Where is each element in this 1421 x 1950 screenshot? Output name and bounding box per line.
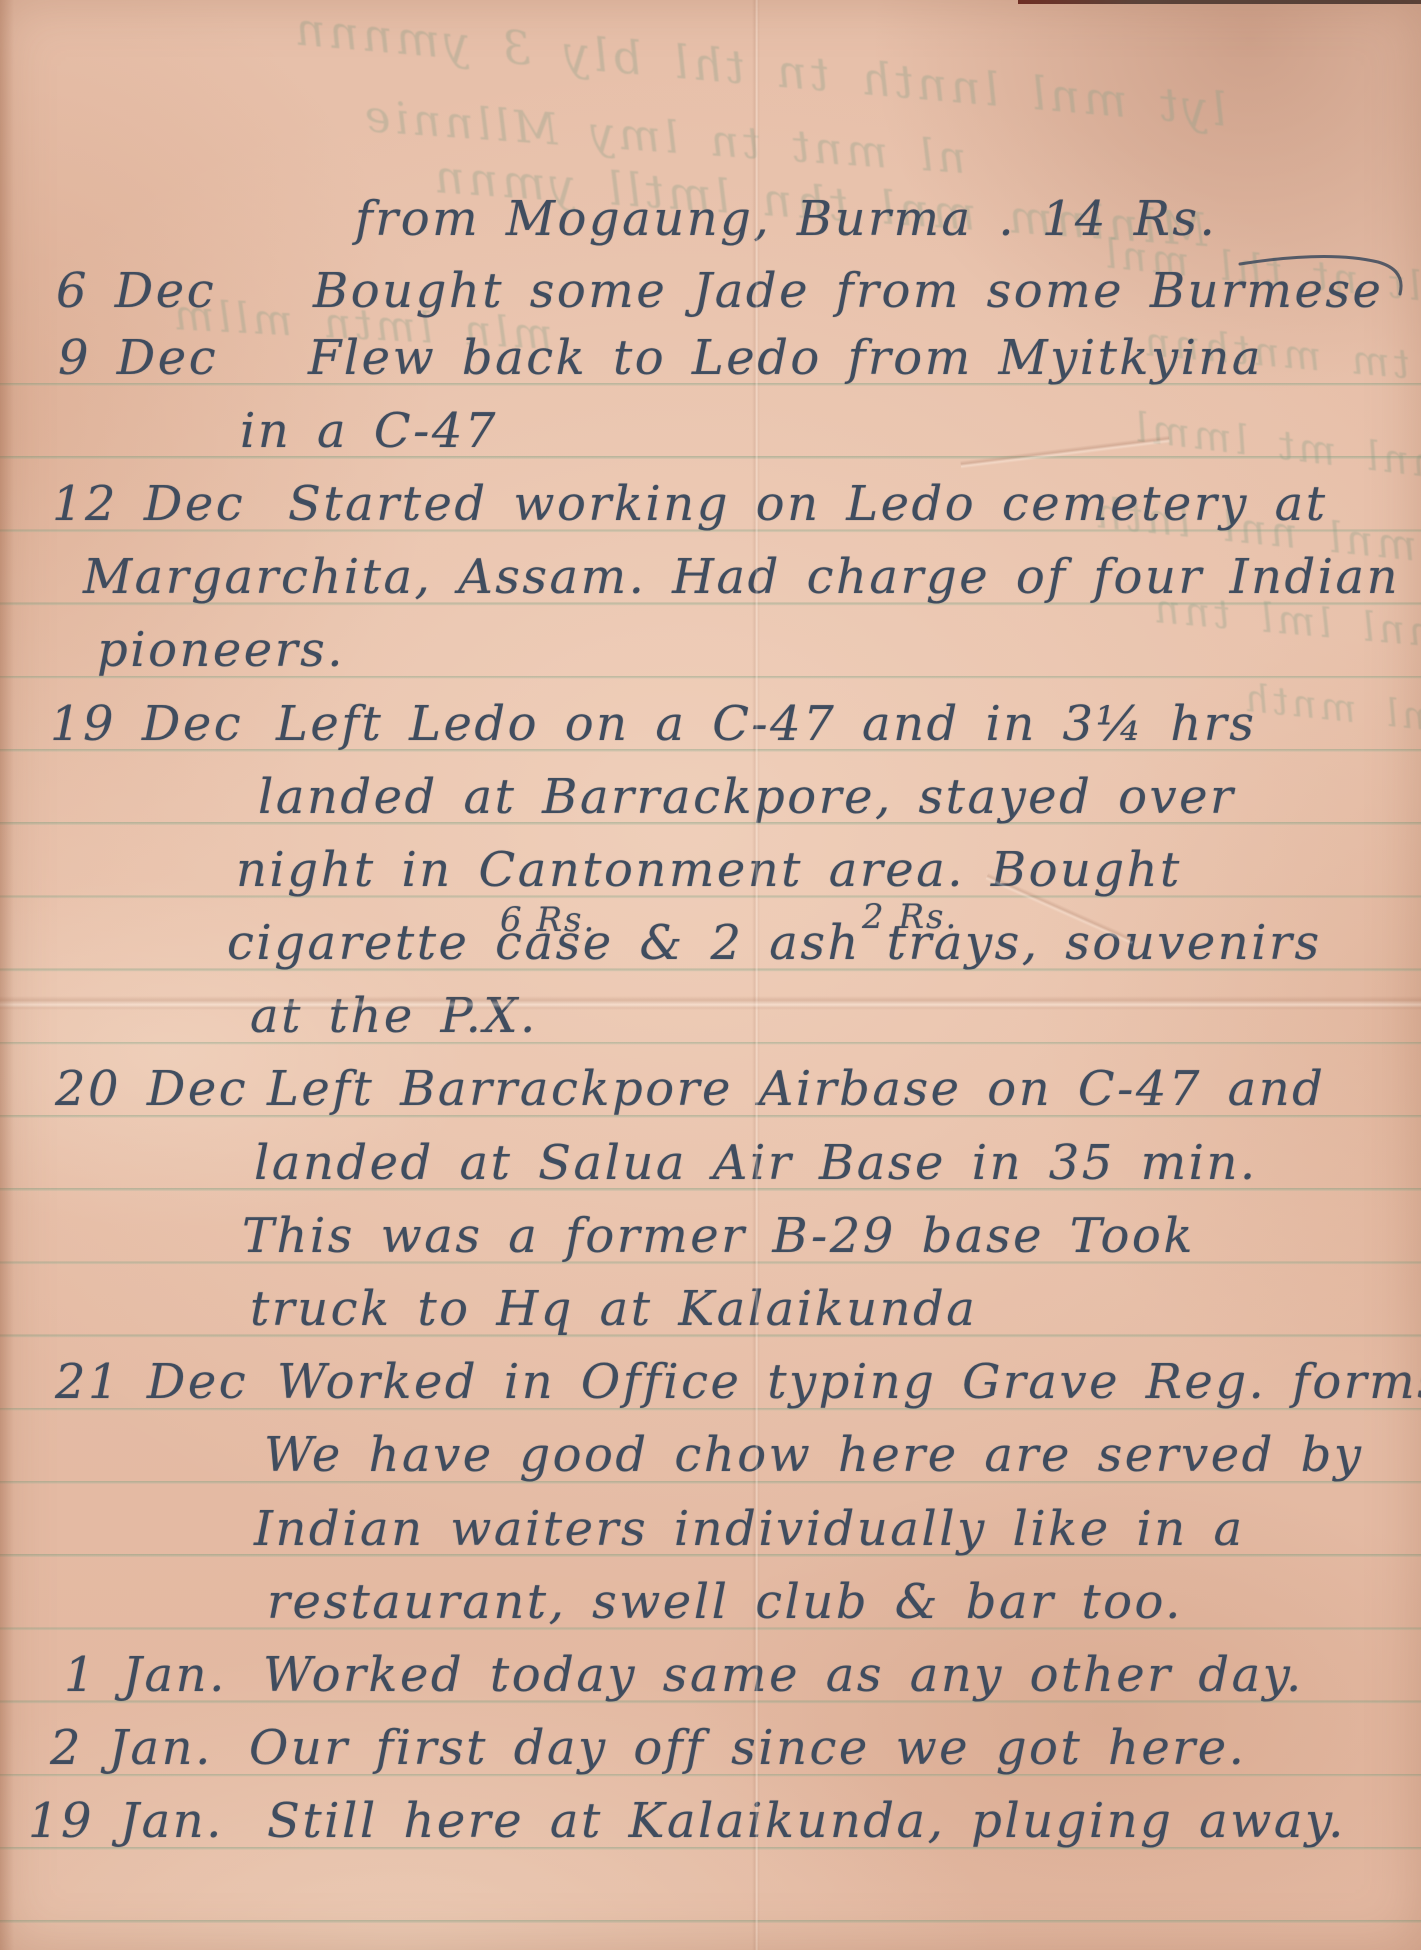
- entry-text: Flew back to Ledo from Myitkyina: [308, 325, 1263, 391]
- entry-text: Left Barrackpore Airbase on C-47 and: [267, 1056, 1325, 1122]
- entry-text: This was a former B-29 base Took: [242, 1203, 1195, 1269]
- entry-text: Bought some Jade from some Burmese: [313, 258, 1383, 324]
- entry-text: restaurant, swell club & bar too.: [267, 1569, 1183, 1635]
- entry-date: 12 Dec: [52, 471, 245, 537]
- entry-date: 1 Jan.: [64, 1642, 227, 1708]
- entry-date: 19 Dec: [50, 691, 243, 757]
- entry-date: 20 Dec: [55, 1056, 248, 1122]
- entry-text: We have good chow here are served by: [264, 1422, 1363, 1488]
- entry-date: 21 Dec: [55, 1349, 248, 1415]
- entry-text: cigarette case & 2 ash trays, souvenirs: [227, 910, 1322, 976]
- scan-edge-strip: [1018, 0, 1421, 4]
- entry-date: 9 Dec: [58, 325, 218, 391]
- entry-text: from Mogaung, Burma . 14 Rs.: [355, 186, 1217, 252]
- entry-text: Worked in Office typing Grave Reg. forms…: [277, 1349, 1421, 1415]
- entry-text: in a C-47: [240, 398, 498, 464]
- paper-edge-shading: [0, 0, 14, 1950]
- entry-text: Indian waiters individually like in a: [254, 1496, 1245, 1562]
- fold-crease-vertical: [752, 0, 760, 1950]
- pen-flourish-stroke: [1238, 248, 1418, 298]
- entry-text: pioneers.: [97, 617, 345, 683]
- fold-crease-horizontal: [0, 996, 1421, 1010]
- entry-text: Started working on Ledo cemetery at: [288, 471, 1328, 537]
- entry-date: 6 Dec: [56, 258, 216, 324]
- entry-text: Left Ledo on a C-47 and in 3¼ hrs: [276, 691, 1256, 757]
- entry-date: 19 Jan.: [28, 1788, 224, 1854]
- entry-text: truck to Hq at Kalaikunda: [250, 1276, 977, 1342]
- entry-date: 2 Jan.: [50, 1715, 213, 1781]
- entry-text: Our first day off since we got here.: [249, 1715, 1246, 1781]
- entry-text: at the P.X.: [250, 983, 538, 1049]
- entry-text: landed at Barrackpore, stayed over: [258, 764, 1235, 830]
- entry-text: Still here at Kalaikunda, pluging away.: [267, 1788, 1346, 1854]
- entry-text: Margarchita, Assam. Had charge of four I…: [83, 544, 1400, 610]
- entry-text: Worked today same as any other day.: [263, 1642, 1304, 1708]
- entry-text: night in Cantonment area. Bought: [236, 837, 1182, 903]
